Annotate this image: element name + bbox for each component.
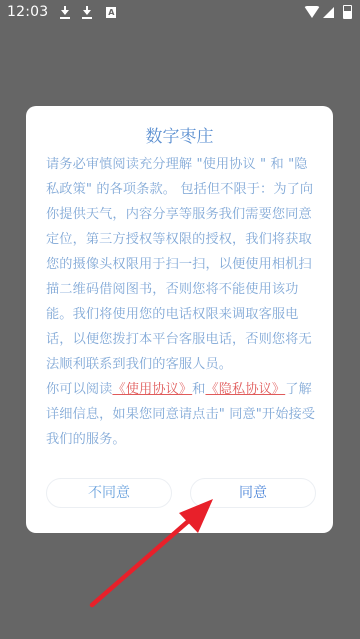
annotation-arrow-icon (0, 0, 360, 639)
